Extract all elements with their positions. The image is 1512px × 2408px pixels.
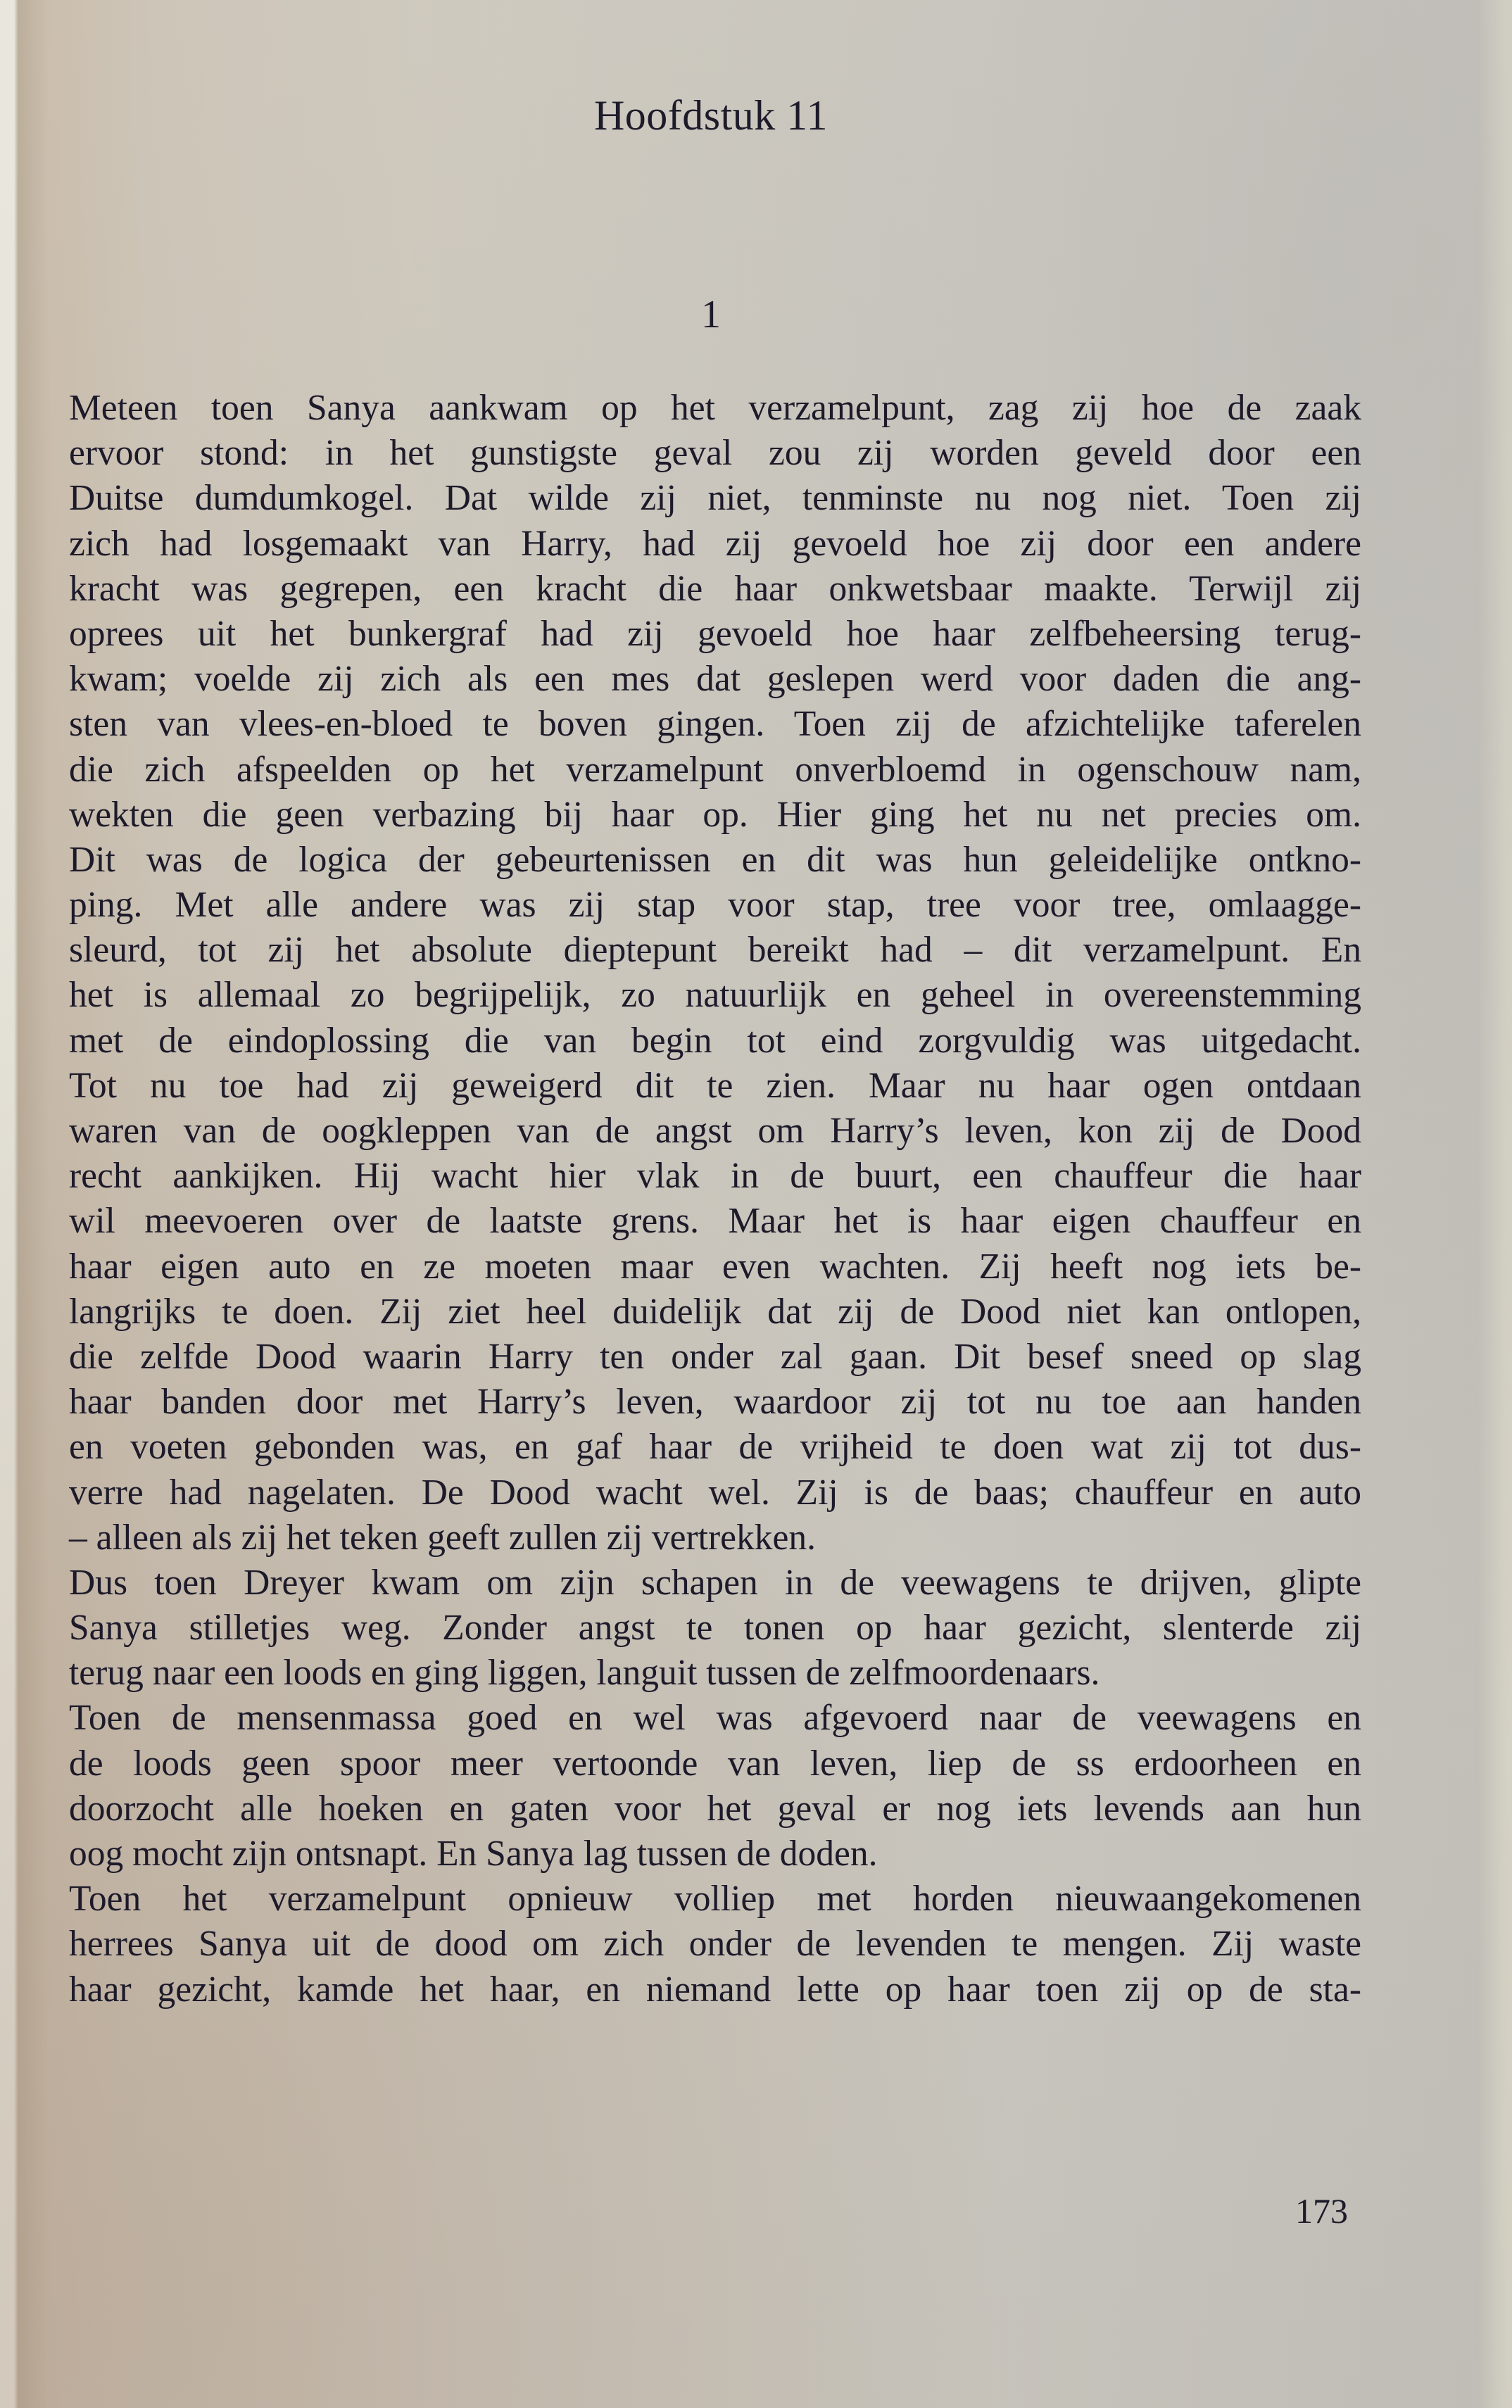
text-line: recht aankijken. Hij wacht hier vlak in … [69, 1154, 1361, 1199]
page-number: 173 [1295, 2190, 1348, 2231]
text-line: wekten die geen verbazing bij haar op. H… [69, 793, 1361, 838]
text-line-content: sten van vlees-en-bloed te boven gingen.… [69, 702, 1361, 747]
text-line: de loods geen spoor meer vertoonde van l… [69, 1741, 1361, 1786]
text-line-content: Tot nu toe had zij geweigerd dit te zien… [69, 1064, 1361, 1109]
section-number: 1 [0, 292, 1422, 337]
text-line-content: haar banden door met Harry’s leven, waar… [69, 1380, 1361, 1425]
book-page: Hoofdstuk 11 1 Meteen toen Sanya aankwam… [0, 0, 1512, 2408]
text-line: doorzocht alle hoeken en gaten voor het … [69, 1786, 1361, 1832]
text-line-content: Toen de mensenmassa goed en wel was afge… [69, 1696, 1361, 1741]
text-line: die zelfde Dood waarin Harry ten onder z… [69, 1335, 1361, 1380]
text-line: wil meevoeren over de laatste grens. Maa… [69, 1199, 1361, 1244]
text-line: Sanya stilletjes weg. Zonder angst te to… [69, 1606, 1361, 1651]
text-line: haar eigen auto en ze moeten maar even w… [69, 1244, 1361, 1290]
text-line: en voeten gebonden was, en gaf haar de v… [69, 1425, 1361, 1470]
text-line-content: Sanya stilletjes weg. Zonder angst te to… [69, 1606, 1361, 1651]
text-line-content: het is allemaal zo begrijpelijk, zo natu… [69, 973, 1361, 1018]
chapter-title: Hoofdstuk 11 [0, 92, 1422, 140]
text-line-content: herrees Sanya uit de dood om zich onder … [69, 1922, 1361, 1967]
text-line: zich had losgemaakt van Harry, had zij g… [69, 522, 1361, 567]
text-line: kwam; voelde zij zich als een mes dat ge… [69, 657, 1361, 702]
text-line: terug naar een loods en ging liggen, lan… [69, 1651, 1361, 1696]
text-line-content: Dus toen Dreyer kwam om zijn schapen in … [69, 1561, 1361, 1606]
text-line: haar gezicht, kamde het haar, en niemand… [69, 1967, 1361, 2012]
text-line-content: ping. Met alle andere was zij stap voor … [69, 883, 1361, 928]
text-line-content: waren van de oogkleppen van de angst om … [69, 1109, 1361, 1154]
text-line-content: wekten die geen verbazing bij haar op. H… [69, 793, 1361, 838]
text-line-content: en voeten gebonden was, en gaf haar de v… [69, 1425, 1361, 1470]
text-line: Toen de mensenmassa goed en wel was afge… [69, 1696, 1361, 1741]
text-line: waren van de oogkleppen van de angst om … [69, 1109, 1361, 1154]
text-line: het is allemaal zo begrijpelijk, zo natu… [69, 973, 1361, 1018]
text-line-content: die zich afspeelden op het verzamelpunt … [69, 748, 1361, 793]
text-line-content: wil meevoeren over de laatste grens. Maa… [69, 1199, 1361, 1244]
text-line-content: recht aankijken. Hij wacht hier vlak in … [69, 1154, 1361, 1199]
text-line: ping. Met alle andere was zij stap voor … [69, 883, 1361, 928]
text-line: – alleen als zij het teken geeft zullen … [69, 1515, 1361, 1561]
text-line: Duitse dumdumkogel. Dat wilde zij niet, … [69, 476, 1361, 521]
text-line: met de eindoplossing die van begin tot e… [69, 1019, 1361, 1064]
text-line-content: de loods geen spoor meer vertoonde van l… [69, 1741, 1361, 1786]
text-line-content: terug naar een loods en ging liggen, lan… [69, 1651, 1361, 1696]
text-line-content: die zelfde Dood waarin Harry ten onder z… [69, 1335, 1361, 1380]
text-line-content: kracht was gegrepen, een kracht die haar… [69, 567, 1361, 612]
text-line: oog mocht zijn ontsnapt. En Sanya lag tu… [69, 1832, 1361, 1877]
text-line: verre had nagelaten. De Dood wacht wel. … [69, 1470, 1361, 1515]
text-line: langrijks te doen. Zij ziet heel duideli… [69, 1290, 1361, 1335]
text-line-content: Duitse dumdumkogel. Dat wilde zij niet, … [69, 476, 1361, 521]
text-line: ervoor stond: in het gunstigste geval zo… [69, 431, 1361, 476]
text-line-content: – alleen als zij het teken geeft zullen … [69, 1515, 1361, 1561]
text-line-content: ervoor stond: in het gunstigste geval zo… [69, 431, 1361, 476]
text-line-content: langrijks te doen. Zij ziet heel duideli… [69, 1290, 1361, 1335]
body-text: Meteen toen Sanya aankwam op het verzame… [69, 386, 1361, 2012]
text-line: herrees Sanya uit de dood om zich onder … [69, 1922, 1361, 1967]
text-line: die zich afspeelden op het verzamelpunt … [69, 748, 1361, 793]
text-line: oprees uit het bunkergraf had zij gevoel… [69, 612, 1361, 657]
text-line: kracht was gegrepen, een kracht die haar… [69, 567, 1361, 612]
text-line-content: oprees uit het bunkergraf had zij gevoel… [69, 612, 1361, 657]
text-line-content: sleurd, tot zij het absolute dieptepunt … [69, 928, 1361, 973]
text-line-content: oog mocht zijn ontsnapt. En Sanya lag tu… [69, 1832, 1361, 1877]
text-line-content: Meteen toen Sanya aankwam op het verzame… [69, 386, 1361, 431]
text-line: Meteen toen Sanya aankwam op het verzame… [69, 386, 1361, 431]
text-line: sten van vlees-en-bloed te boven gingen.… [69, 702, 1361, 747]
text-line-content: zich had losgemaakt van Harry, had zij g… [69, 522, 1361, 567]
text-line: Tot nu toe had zij geweigerd dit te zien… [69, 1064, 1361, 1109]
text-line: Dus toen Dreyer kwam om zijn schapen in … [69, 1561, 1361, 1606]
text-line: Toen het verzamelpunt opnieuw volliep me… [69, 1877, 1361, 1922]
text-line-content: haar gezicht, kamde het haar, en niemand… [69, 1967, 1361, 2012]
text-line: sleurd, tot zij het absolute dieptepunt … [69, 928, 1361, 973]
text-line-content: verre had nagelaten. De Dood wacht wel. … [69, 1470, 1361, 1515]
text-line-content: met de eindoplossing die van begin tot e… [69, 1019, 1361, 1064]
text-line-content: Toen het verzamelpunt opnieuw volliep me… [69, 1877, 1361, 1922]
text-line-content: Dit was de logica der gebeurtenissen en … [69, 838, 1361, 883]
text-line-content: kwam; voelde zij zich als een mes dat ge… [69, 657, 1361, 702]
text-line-content: doorzocht alle hoeken en gaten voor het … [69, 1786, 1361, 1832]
text-line: haar banden door met Harry’s leven, waar… [69, 1380, 1361, 1425]
text-line-content: haar eigen auto en ze moeten maar even w… [69, 1244, 1361, 1290]
text-line: Dit was de logica der gebeurtenissen en … [69, 838, 1361, 883]
